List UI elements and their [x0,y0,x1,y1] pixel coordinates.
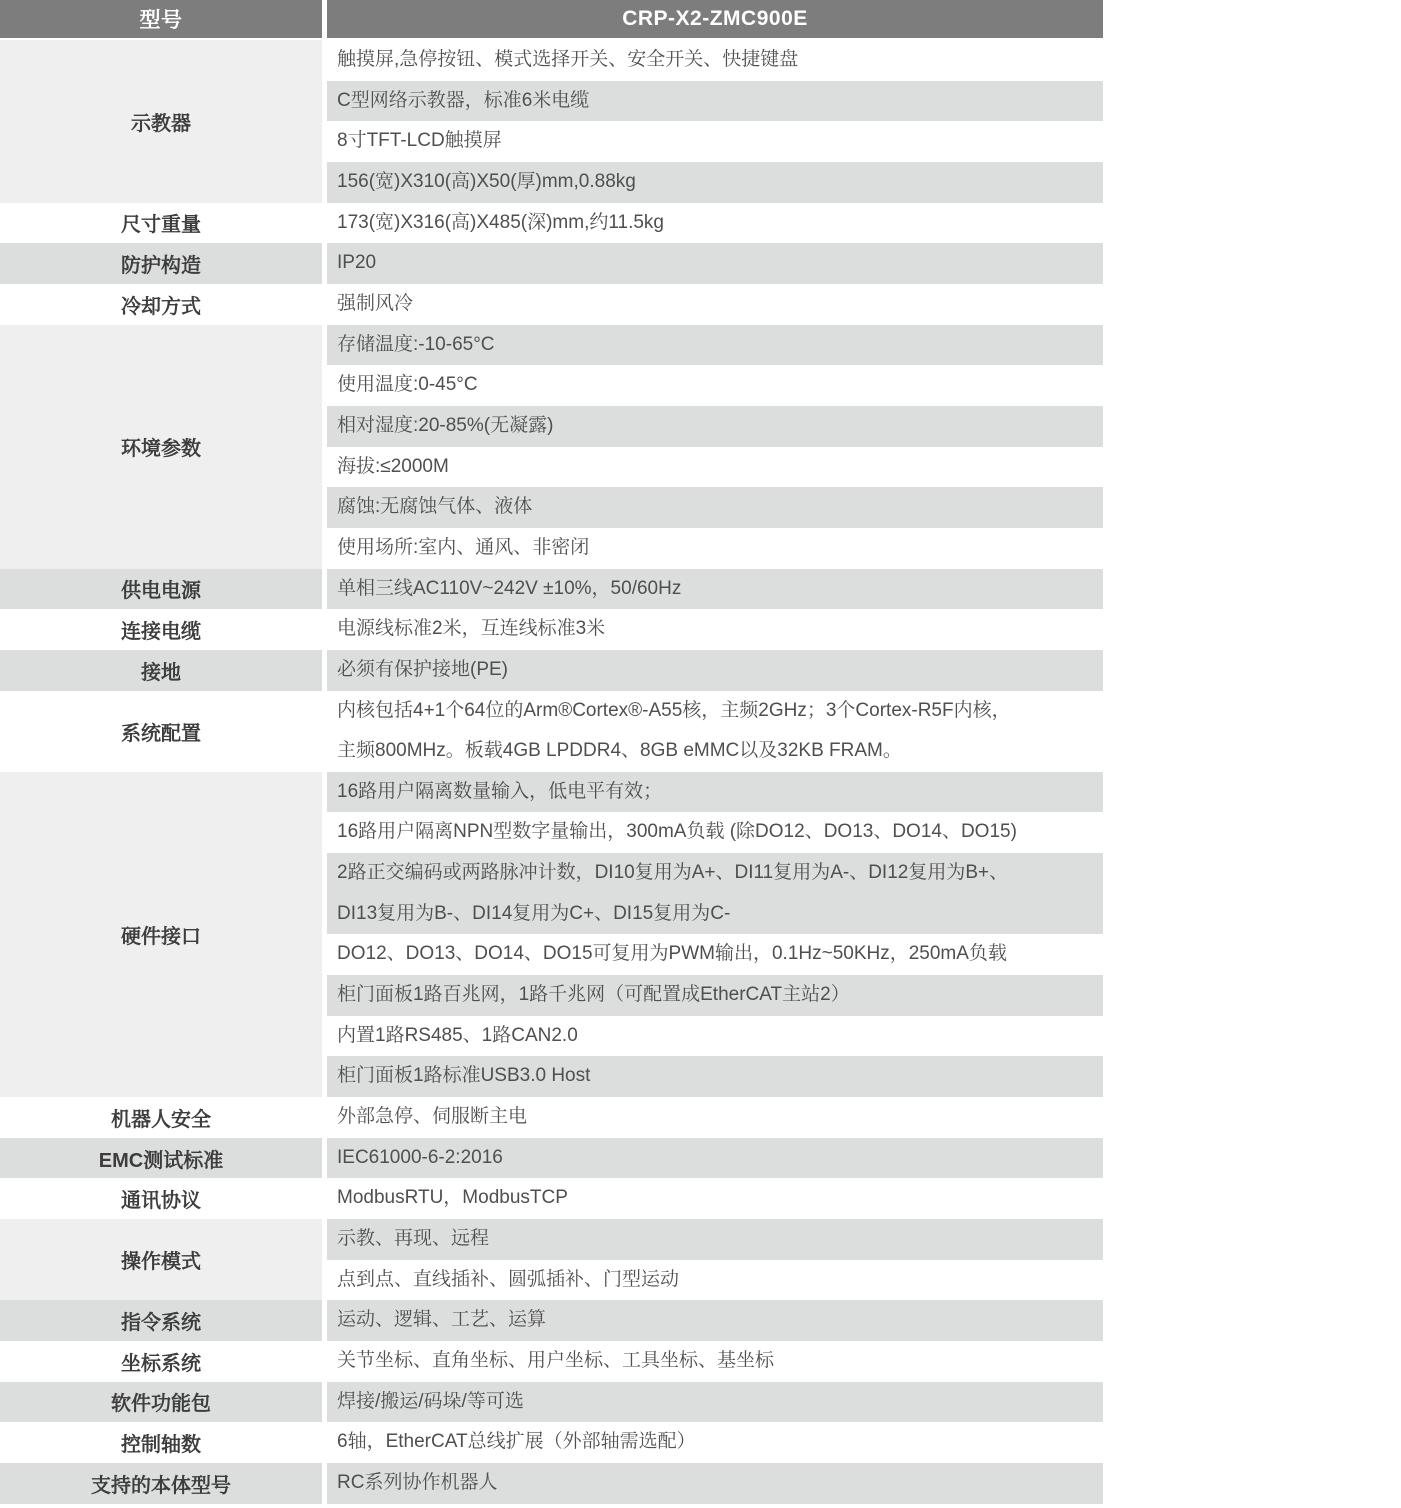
spec-value-row: 海拔:≤2000M [327,447,1103,488]
spec-group: 环境参数存储温度:-10-65°C使用温度:0-45°C相对湿度:20-85%(… [0,325,1103,569]
spec-value-text: 柜门面板1路百兆网，1路千兆网（可配置成EtherCAT主站2） [337,975,850,1016]
spec-value-rows: 单相三线AC110V~242V ±10%，50/60Hz [327,569,1103,610]
spec-value-row: 运动、逻辑、工艺、运算 [327,1300,1103,1341]
spec-value-text: 2路正交编码或两路脉冲计数，DI10复用为A+、DI11复用为A-、DI12复用… [337,853,1008,934]
spec-value-rows: IP20 [327,243,1103,284]
spec-value-row: 存储温度:-10-65°C [327,325,1103,366]
spec-value-text: 6轴，EtherCAT总线扩展（外部轴需选配） [337,1422,696,1463]
spec-row-label: 供电电源 [0,569,327,610]
spec-group: 坐标系统关节坐标、直角坐标、用户坐标、工具坐标、基坐标 [0,1341,1103,1382]
spec-value-row: 内置1路RS485、1路CAN2.0 [327,1016,1103,1057]
spec-value-text: 强制风冷 [337,284,413,325]
spec-table: 型号 CRP-X2-ZMC900E 示教器触摸屏,急停按钮、模式选择开关、安全开… [0,0,1103,1504]
spec-row-label: 支持的本体型号 [0,1463,327,1504]
spec-value-row: 示教、再现、远程 [327,1219,1103,1260]
spec-value-text: 内核包括4+1个64位的Arm®Cortex®-A55核，主频2GHz；3个Co… [337,691,1011,772]
spec-value-row: 必须有保护接地(PE) [327,650,1103,691]
spec-value-rows: IEC61000-6-2:2016 [327,1138,1103,1179]
spec-group: 硬件接口16路用户隔离数量输入，低电平有效；16路用户隔离NPN型数字量输出，3… [0,772,1103,1097]
spec-value-row: 强制风冷 [327,284,1103,325]
spec-group: 软件功能包焊接/搬运/码垛/等可选 [0,1382,1103,1423]
spec-row-label: 防护构造 [0,243,327,284]
spec-group: EMC测试标准IEC61000-6-2:2016 [0,1138,1103,1179]
spec-value-row: 焊接/搬运/码垛/等可选 [327,1382,1103,1423]
spec-value-row: RC系列协作机器人 [327,1463,1103,1504]
spec-value-text: DO12、DO13、DO14、DO15可复用为PWM输出，0.1Hz~50KHz… [337,934,1007,975]
spec-value-row: C型网络示教器，标准6米电缆 [327,81,1103,122]
spec-group: 指令系统运动、逻辑、工艺、运算 [0,1300,1103,1341]
spec-value-row: 相对湿度:20-85%(无凝露) [327,406,1103,447]
spec-value-text: 156(宽)X310(高)X50(厚)mm,0.88kg [337,162,636,203]
spec-group: 操作模式示教、再现、远程点到点、直线插补、圆弧插补、门型运动 [0,1219,1103,1300]
spec-value-row: 173(宽)X316(高)X485(深)mm,约11.5kg [327,203,1103,244]
spec-value-rows: 6轴，EtherCAT总线扩展（外部轴需选配） [327,1422,1103,1463]
spec-value-row: ModbusRTU，ModbusTCP [327,1178,1103,1219]
spec-value-row: 腐蚀:无腐蚀气体、液体 [327,487,1103,528]
spec-row-label: 软件功能包 [0,1382,327,1423]
spec-value-rows: 触摸屏,急停按钮、模式选择开关、安全开关、快捷键盘C型网络示教器，标准6米电缆8… [327,40,1103,203]
spec-value-row: 单相三线AC110V~242V ±10%，50/60Hz [327,569,1103,610]
spec-value-row: 触摸屏,急停按钮、模式选择开关、安全开关、快捷键盘 [327,40,1103,81]
spec-value-row: 156(宽)X310(高)X50(厚)mm,0.88kg [327,162,1103,203]
spec-group: 系统配置内核包括4+1个64位的Arm®Cortex®-A55核，主频2GHz；… [0,691,1103,772]
spec-value-row: DO12、DO13、DO14、DO15可复用为PWM输出，0.1Hz~50KHz… [327,934,1103,975]
spec-value-text: 外部急停、伺服断主电 [337,1097,527,1138]
spec-value-row: 6轴，EtherCAT总线扩展（外部轴需选配） [327,1422,1103,1463]
header-model-number: CRP-X2-ZMC900E [327,0,1103,38]
spec-value-text: ModbusRTU，ModbusTCP [337,1178,568,1219]
spec-value-row: 点到点、直线插补、圆弧插补、门型运动 [327,1260,1103,1301]
spec-value-row: 16路用户隔离数量输入，低电平有效； [327,772,1103,813]
spec-value-text: 16路用户隔离数量输入，低电平有效； [337,772,662,813]
spec-value-text: 运动、逻辑、工艺、运算 [337,1300,546,1341]
spec-row-label: 通讯协议 [0,1178,327,1219]
spec-value-text: 关节坐标、直角坐标、用户坐标、工具坐标、基坐标 [337,1341,774,1382]
spec-group: 连接电缆电源线标准2米，互连线标准3米 [0,609,1103,650]
table-header-row: 型号 CRP-X2-ZMC900E [0,0,1103,38]
spec-row-label: 连接电缆 [0,609,327,650]
spec-value-text: 柜门面板1路标准USB3.0 Host [337,1056,590,1097]
spec-row-label: 冷却方式 [0,284,327,325]
spec-value-row: IEC61000-6-2:2016 [327,1138,1103,1179]
spec-value-row: 关节坐标、直角坐标、用户坐标、工具坐标、基坐标 [327,1341,1103,1382]
spec-value-text: 单相三线AC110V~242V ±10%，50/60Hz [337,569,681,610]
spec-group: 冷却方式强制风冷 [0,284,1103,325]
spec-value-rows: 示教、再现、远程点到点、直线插补、圆弧插补、门型运动 [327,1219,1103,1300]
spec-group: 机器人安全外部急停、伺服断主电 [0,1097,1103,1138]
spec-value-text: IEC61000-6-2:2016 [337,1138,503,1179]
spec-value-row: 2路正交编码或两路脉冲计数，DI10复用为A+、DI11复用为A-、DI12复用… [327,853,1103,934]
spec-row-label: 系统配置 [0,691,327,772]
spec-value-rows: 必须有保护接地(PE) [327,650,1103,691]
spec-row-label: 控制轴数 [0,1422,327,1463]
spec-row-label: 尺寸重量 [0,203,327,244]
spec-row-label: 示教器 [0,40,327,203]
spec-value-row: 外部急停、伺服断主电 [327,1097,1103,1138]
spec-value-text: 存储温度:-10-65°C [337,325,495,366]
spec-value-row: 电源线标准2米，互连线标准3米 [327,609,1103,650]
spec-value-row: IP20 [327,243,1103,284]
spec-value-text: 16路用户隔离NPN型数字量输出，300mA负载 (除DO12、DO13、DO1… [337,812,1017,853]
spec-value-text: 使用温度:0-45°C [337,365,478,406]
spec-group: 通讯协议ModbusRTU，ModbusTCP [0,1178,1103,1219]
spec-value-text: 内置1路RS485、1路CAN2.0 [337,1016,578,1057]
spec-group: 供电电源单相三线AC110V~242V ±10%，50/60Hz [0,569,1103,610]
spec-value-rows: 存储温度:-10-65°C使用温度:0-45°C相对湿度:20-85%(无凝露)… [327,325,1103,569]
spec-value-row: 柜门面板1路标准USB3.0 Host [327,1056,1103,1097]
spec-value-text: 必须有保护接地(PE) [337,650,508,691]
spec-value-row: 使用温度:0-45°C [327,365,1103,406]
spec-value-rows: 173(宽)X316(高)X485(深)mm,约11.5kg [327,203,1103,244]
spec-group: 防护构造IP20 [0,243,1103,284]
spec-row-label: 坐标系统 [0,1341,327,1382]
spec-value-text: IP20 [337,243,376,284]
spec-group: 接地必须有保护接地(PE) [0,650,1103,691]
spec-value-text: C型网络示教器，标准6米电缆 [337,81,589,122]
spec-value-rows: 关节坐标、直角坐标、用户坐标、工具坐标、基坐标 [327,1341,1103,1382]
spec-row-label: EMC测试标准 [0,1138,327,1179]
spec-value-text: 示教、再现、远程 [337,1219,489,1260]
spec-row-label: 环境参数 [0,325,327,569]
spec-value-text: 腐蚀:无腐蚀气体、液体 [337,487,532,528]
spec-row-label: 操作模式 [0,1219,327,1300]
spec-value-rows: 外部急停、伺服断主电 [327,1097,1103,1138]
header-model-label: 型号 [0,0,327,38]
spec-value-text: 海拔:≤2000M [337,447,449,488]
spec-value-rows: ModbusRTU，ModbusTCP [327,1178,1103,1219]
spec-value-text: 焊接/搬运/码垛/等可选 [337,1382,524,1423]
spec-row-label: 接地 [0,650,327,691]
spec-value-row: 使用场所:室内、通风、非密闭 [327,528,1103,569]
spec-sheet-page: 型号 CRP-X2-ZMC900E 示教器触摸屏,急停按钮、模式选择开关、安全开… [0,0,1401,1508]
spec-value-row: 内核包括4+1个64位的Arm®Cortex®-A55核，主频2GHz；3个Co… [327,691,1103,772]
spec-value-text: 点到点、直线插补、圆弧插补、门型运动 [337,1260,679,1301]
spec-value-rows: 16路用户隔离数量输入，低电平有效；16路用户隔离NPN型数字量输出，300mA… [327,772,1103,1097]
spec-row-label: 机器人安全 [0,1097,327,1138]
spec-table-body: 示教器触摸屏,急停按钮、模式选择开关、安全开关、快捷键盘C型网络示教器，标准6米… [0,40,1103,1504]
spec-value-text: 173(宽)X316(高)X485(深)mm,约11.5kg [337,203,664,244]
spec-value-text: 8寸TFT-LCD触摸屏 [337,121,502,162]
spec-value-row: 16路用户隔离NPN型数字量输出，300mA负载 (除DO12、DO13、DO1… [327,812,1103,853]
spec-value-text: RC系列协作机器人 [337,1463,497,1504]
spec-value-row: 8寸TFT-LCD触摸屏 [327,121,1103,162]
spec-value-text: 相对湿度:20-85%(无凝露) [337,406,553,447]
spec-value-rows: 运动、逻辑、工艺、运算 [327,1300,1103,1341]
spec-value-rows: RC系列协作机器人 [327,1463,1103,1504]
spec-group: 示教器触摸屏,急停按钮、模式选择开关、安全开关、快捷键盘C型网络示教器，标准6米… [0,40,1103,203]
spec-value-rows: 强制风冷 [327,284,1103,325]
spec-value-row: 柜门面板1路百兆网，1路千兆网（可配置成EtherCAT主站2） [327,975,1103,1016]
spec-value-text: 电源线标准2米，互连线标准3米 [337,609,605,650]
spec-group: 控制轴数6轴，EtherCAT总线扩展（外部轴需选配） [0,1422,1103,1463]
spec-value-text: 触摸屏,急停按钮、模式选择开关、安全开关、快捷键盘 [337,40,798,81]
spec-value-text: 使用场所:室内、通风、非密闭 [337,528,589,569]
spec-group: 尺寸重量173(宽)X316(高)X485(深)mm,约11.5kg [0,203,1103,244]
spec-row-label: 指令系统 [0,1300,327,1341]
spec-value-rows: 内核包括4+1个64位的Arm®Cortex®-A55核，主频2GHz；3个Co… [327,691,1103,772]
spec-row-label: 硬件接口 [0,772,327,1097]
spec-value-rows: 焊接/搬运/码垛/等可选 [327,1382,1103,1423]
spec-value-rows: 电源线标准2米，互连线标准3米 [327,609,1103,650]
spec-group: 支持的本体型号RC系列协作机器人 [0,1463,1103,1504]
